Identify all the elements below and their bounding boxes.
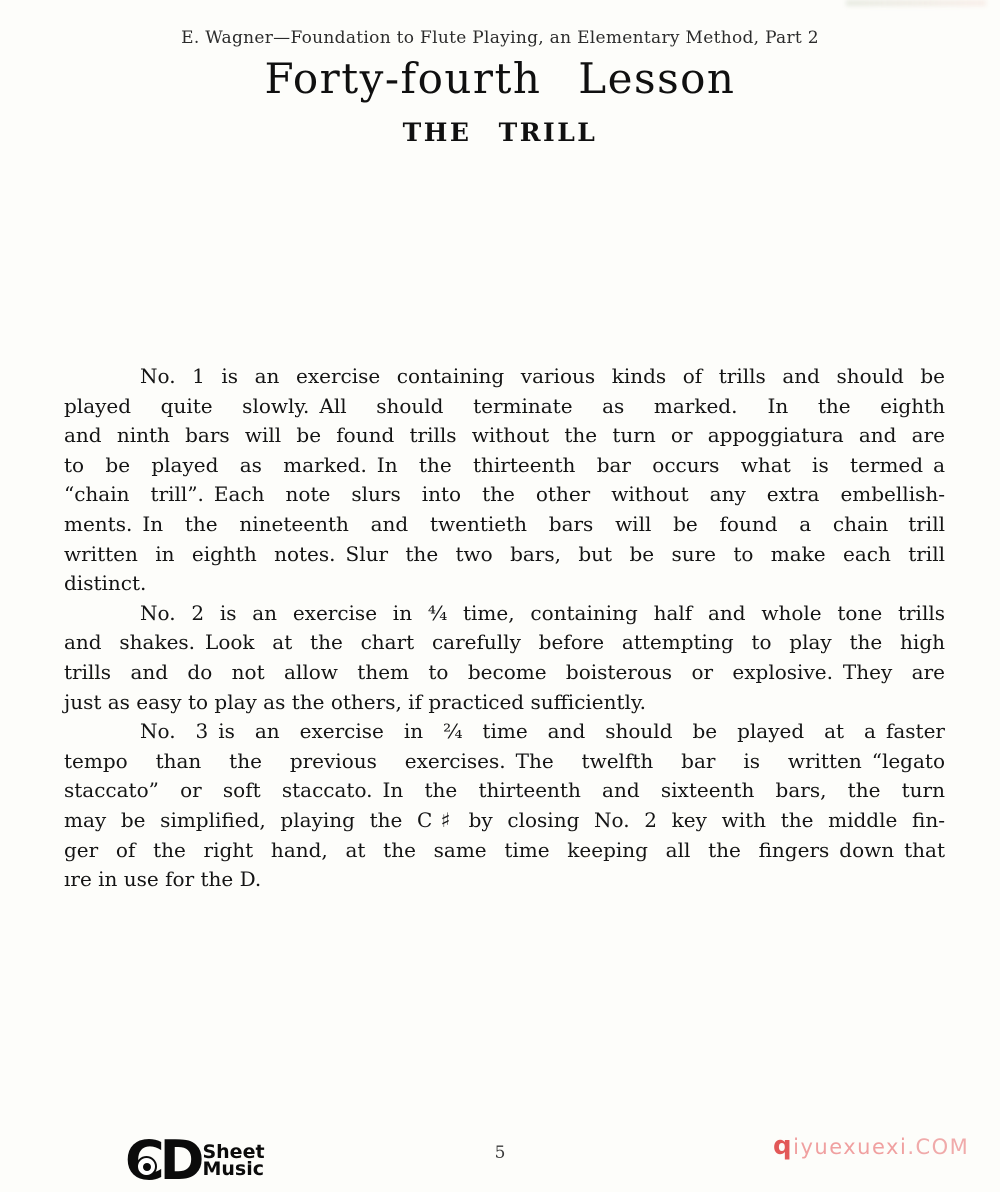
running-header: E. Wagner—Foundation to Flute Playing, a…: [0, 28, 1000, 48]
text-line: No. 3 is an exercise in ²⁄₄ time and sho…: [64, 717, 945, 747]
text-line: written in eighth notes. Slur the two ba…: [64, 540, 945, 570]
text-line: ıre in use for the D.: [64, 865, 945, 895]
body-text: No. 1 is an exercise containing various …: [64, 362, 945, 895]
paragraph: No. 1 is an exercise containing various …: [64, 362, 945, 599]
text-line: to be played as marked. In the thirteent…: [64, 451, 945, 481]
clipped-watermark-smudge: [846, 0, 986, 6]
text-line: and shakes. Look at the chart carefully …: [64, 628, 945, 658]
text-line: just as easy to play as the others, if p…: [64, 688, 945, 718]
site-watermark: qiyuexuexi.COM: [773, 1131, 969, 1161]
text-line: No. 2 is an exercise in ⁴⁄₄ time, contai…: [64, 599, 945, 629]
page-subtitle: THE TRILL: [0, 118, 1000, 147]
watermark-initial: q: [773, 1131, 793, 1161]
text-line: and ninth bars will be found trills with…: [64, 421, 945, 451]
watermark-suffix: .COM: [907, 1135, 969, 1159]
text-line: ments. In the nineteenth and twentieth b…: [64, 510, 945, 540]
scanned-page: E. Wagner—Foundation to Flute Playing, a…: [0, 0, 1000, 1192]
text-line: staccato” or soft staccato. In the thirt…: [64, 776, 945, 806]
cd-disc-center: [143, 1163, 151, 1171]
text-line: ger of the right hand, at the same time …: [64, 836, 945, 866]
paragraph: No. 2 is an exercise in ⁴⁄₄ time, contai…: [64, 599, 945, 717]
text-line: “chain trill”. Each note slurs into the …: [64, 480, 945, 510]
page-title: Forty-fourth Lesson: [0, 54, 1000, 103]
logo-word-music: Music: [202, 1161, 264, 1178]
text-line: No. 1 is an exercise containing various …: [64, 362, 945, 392]
text-line: distinct.: [64, 569, 945, 599]
text-line: played quite slowly. All should terminat…: [64, 392, 945, 422]
text-line: trills and do not allow them to become b…: [64, 658, 945, 688]
paragraph: No. 3 is an exercise in ²⁄₄ time and sho…: [64, 717, 945, 895]
text-line: tempo than the previous exercises. The t…: [64, 747, 945, 777]
watermark-middle: iyuexuexi: [793, 1135, 907, 1159]
text-line: may be simplified, playing the C♯ by clo…: [64, 806, 945, 836]
